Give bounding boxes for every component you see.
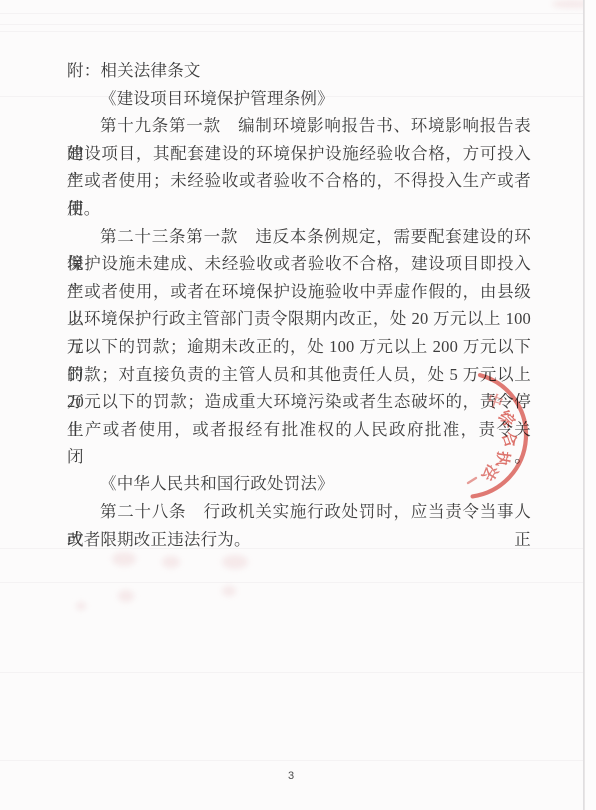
scan-edge-line [583, 0, 585, 810]
bleed-smudge [112, 552, 136, 566]
scan-artifact-line [0, 582, 596, 583]
scan-artifact-line [0, 760, 596, 761]
article-23-line-3: 产或者使用，或者在环境保护设施验收中弄虚作假的，由县级以 [67, 278, 531, 306]
bleed-smudge [162, 556, 180, 568]
bleed-smudge [222, 555, 248, 569]
page-number: 3 [0, 770, 582, 782]
bleed-smudge [118, 590, 134, 602]
scan-artifact-line [0, 672, 596, 673]
law-title: 《中华人民共和国行政处罚法》 [67, 470, 531, 498]
attachment-heading: 附：相关法律条文 [67, 57, 531, 85]
scan-artifact-line [0, 13, 596, 14]
legal-text-block: 附：相关法律条文 《建设项目环境保护管理条例》 第十九条第一款 编制环境影响报告… [67, 57, 531, 553]
article-19-line-1: 第十九条第一款 编制环境影响报告书、环境影响报告表的 [67, 112, 531, 140]
article-23-line-8: 生产或者使用，或者报经有批准权的人民政府批准，责令关闭。 [67, 416, 531, 444]
bleed-smudge [222, 586, 236, 596]
scan-artifact-line [0, 24, 596, 25]
article-23-line-7: 万元以下的罚款；造成重大环境污染或者生态破坏的，责令停止 [67, 388, 531, 416]
article-23-line-4: 上环境保护行政主管部门责令限期内改正，处 20 万元以上 100 万 [67, 305, 531, 333]
scan-artifact-line [0, 31, 596, 32]
scanned-document-page: 附：相关法律条文 《建设项目环境保护管理条例》 第十九条第一款 编制环境影响报告… [0, 0, 596, 810]
article-23-line-1: 第二十三条第一款 违反本条例规定，需要配套建设的环境 [67, 223, 531, 251]
article-23-line-6: 罚款；对直接负责的主管人员和其他责任人员，处 5 万元以上 20 [67, 361, 531, 389]
bleed-smudge [76, 602, 86, 610]
article-19-line-3: 产或者使用；未经验收或者验收不合格的，不得投入生产或者使 [67, 167, 531, 195]
scan-edge-margin [585, 0, 596, 810]
article-19-line-2: 建设项目，其配套建设的环境保护设施经验收合格，方可投入生 [67, 140, 531, 168]
article-28-line-1: 第二十八条 行政机关实施行政处罚时，应当责令当事人改正 [67, 498, 531, 526]
article-19-line-4: 用。 [67, 195, 531, 223]
article-23-line-2: 保护设施未建成、未经验收或者验收不合格，建设项目即投入生 [67, 250, 531, 278]
article-23-line-5: 元以下的罚款；逾期未改正的，处 100 万元以上 200 万元以下的 [67, 333, 531, 361]
regulation-title: 《建设项目环境保护管理条例》 [67, 85, 531, 113]
